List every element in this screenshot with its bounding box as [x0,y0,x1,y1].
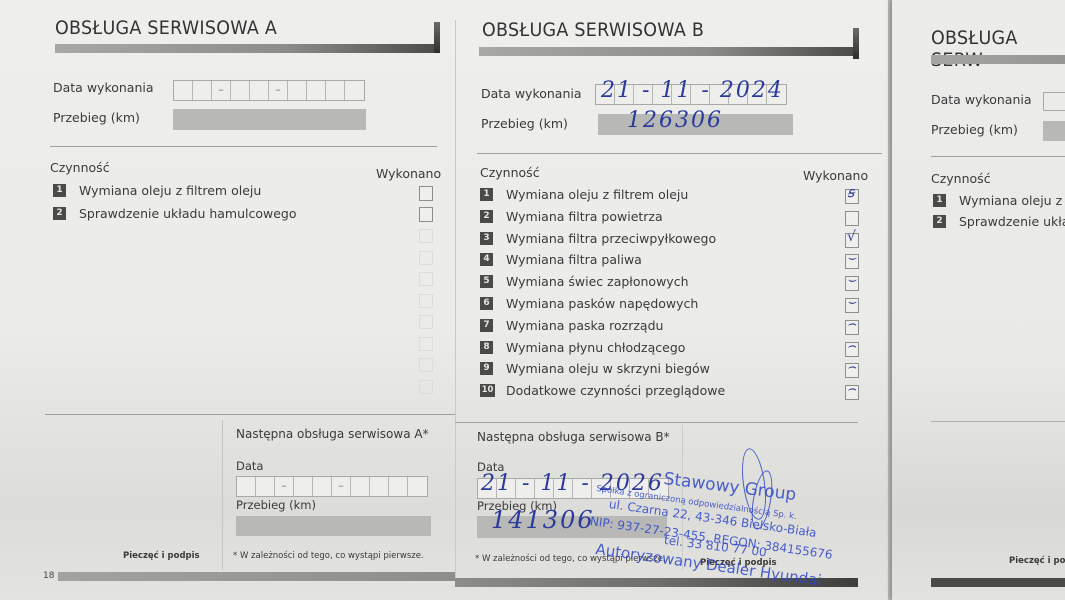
date-cell[interactable] [250,81,269,100]
task-label: Wymiana filtra powietrza [506,209,663,224]
ghost-checkbox [419,251,433,265]
task-row: 6Wymiana pasków napędowych [480,296,698,311]
task-label: Wymiana oleju z filtr [959,193,1065,208]
task-done-checkbox[interactable] [845,211,859,226]
ghost-checkbox [419,380,433,394]
next-date-label: Data [236,459,263,473]
tasks-header: Czynność [931,171,991,186]
task-number: 8 [480,341,493,354]
next-mileage-field[interactable] [236,516,431,536]
task-row: 4Wymiana filtra paliwa [480,252,642,267]
date-input-boxes[interactable]: –– [173,80,365,101]
section-b-title: OBSŁUGA SERWISOWA B [482,19,704,41]
next-mileage-label: Przebieg (km) [236,498,316,512]
done-header: Wykonano [803,168,868,183]
ghost-checkbox [419,229,433,243]
done-header: Wykonano [376,166,441,181]
task-number: 4 [480,253,493,266]
ghost-checkbox [419,272,433,286]
date-cell[interactable] [237,477,256,496]
divider [45,414,455,415]
service-section-a: OBSŁUGA SERWISOWA A Data wykonania –– Pr… [0,0,455,600]
stamp-signature-label: Pieczęć i podp [1009,556,1065,566]
task-label: Wymiana oleju z filtrem oleju [506,187,688,202]
task-number: 1 [933,194,946,207]
mileage-field[interactable] [173,109,366,130]
task-row: 8Wymiana płynu chłodzącego [480,340,685,355]
task-number: 2 [53,207,66,220]
subdivider [222,420,223,570]
date-input-boxes[interactable] [1043,92,1065,111]
mileage-field[interactable] [1043,121,1065,141]
date-cell[interactable]: – [212,81,231,100]
handwritten-date: 21 - 11 - 2024 [601,78,784,103]
task-number: 5 [480,275,493,288]
date-cell[interactable] [370,477,389,496]
handwritten-checkmark: ⌣ [847,251,856,265]
divider [455,422,858,423]
task-number: 9 [480,362,493,375]
date-cell[interactable] [256,477,275,496]
task-label: Wymiana płynu chłodzącego [506,340,685,355]
task-number: 1 [480,188,493,201]
service-section-b: OBSŁUGA SERWISOWA B Data wykonania 21 - … [455,0,888,600]
tasks-header: Czynność [480,165,540,180]
divider [931,421,1065,422]
next-service-title: Następna obsługa serwisowa A* [236,427,429,441]
section-b-title-hook [853,28,859,59]
ghost-checkbox [419,358,433,372]
task-label: Dodatkowe czynności przeglądowe [506,383,725,398]
handwritten-checkmark: ⌢ [847,382,856,396]
footnote: * W zależności od tego, co wystąpi pierw… [233,551,424,561]
date-label: Data wykonania [931,92,1032,107]
date-cell[interactable] [307,81,326,100]
task-row: 1 Wymiana oleju z filtr [933,193,1065,208]
task-number: 10 [480,384,495,397]
date-cell[interactable] [326,81,345,100]
date-cell[interactable] [389,477,408,496]
divider [477,153,882,154]
task-number: 7 [480,319,493,332]
date-cell[interactable]: – [332,477,351,496]
tasks-header: Czynność [50,160,110,175]
date-cell[interactable] [294,477,313,496]
task-label: Wymiana pasków napędowych [506,296,698,311]
date-label: Data wykonania [53,80,154,95]
section-b-title-bar [479,47,857,56]
task-row: 7Wymiana paska rozrządu [480,318,663,333]
task-row: 1Wymiana oleju z filtrem oleju [480,187,688,202]
bottom-bar [931,578,1065,587]
divider [931,156,1065,157]
task-label: Wymiana filtra przeciwpyłkowego [506,231,716,246]
date-cell[interactable] [313,477,332,496]
handwritten-checkmark: ⌢ [847,360,856,374]
task-number: 2 [480,210,493,223]
handwritten-checkmark: ⌣ [847,273,856,287]
date-cell[interactable] [345,81,364,100]
date-cell[interactable] [408,477,427,496]
task-row: 3Wymiana filtra przeciwpyłkowego [480,231,716,246]
date-cell[interactable] [288,81,307,100]
task-row: 5Wymiana świec zapłonowych [480,274,689,289]
date-cell[interactable] [193,81,212,100]
task-label: Wymiana paska rozrządu [506,318,663,333]
mileage-label: Przebieg (km) [931,122,1018,137]
handwritten-checkmark: ꞩ [847,186,854,200]
handwritten-checkmark: ⌢ [847,317,856,331]
ghost-checkbox [419,294,433,308]
section-a-title: OBSŁUGA SERWISOWA A [55,17,277,39]
task-row: 10Dodatkowe czynności przeglądowe [480,383,725,398]
task-row: 2 Sprawdzenie układu [933,214,1065,229]
task-number: 6 [480,297,493,310]
date-cell[interactable] [231,81,250,100]
task-number: 3 [480,232,493,245]
date-cell[interactable]: – [269,81,288,100]
handwritten-checkmark: ⌢ [847,339,856,353]
handwritten-mileage: 126306 [627,108,723,133]
task-done-checkbox[interactable] [419,207,433,222]
task-row: 9Wymiana oleju w skrzyni biegów [480,361,710,376]
stamp-signature-label: Pieczęć i podpis [123,551,200,561]
task-row: 2Wymiana filtra powietrza [480,209,663,224]
task-row: 1 Wymiana oleju z filtrem oleju [53,183,261,198]
page-number: 18 [43,571,54,581]
task-number: 1 [53,184,66,197]
next-date-input-boxes[interactable]: –– [236,476,428,497]
bottom-bar [58,572,455,581]
service-section-c-partial: OBSŁUGA SERW Data wykonania Przebieg (km… [892,0,1065,600]
handwritten-checkmark: ⌣ [847,295,856,309]
date-cell[interactable] [351,477,370,496]
task-label: Sprawdzenie układu [959,214,1065,229]
next-service-title: Następna obsługa serwisowa B* [477,430,670,444]
date-cell[interactable]: – [275,477,294,496]
task-label: Sprawdzenie układu hamulcowego [79,206,297,221]
ghost-checkbox [419,337,433,351]
mileage-label: Przebieg (km) [481,116,568,131]
handwritten-checkmark: √ [847,230,856,244]
task-label: Wymiana filtra paliwa [506,252,642,267]
section-a-title-hook [434,22,440,53]
divider [50,146,437,147]
ghost-checkbox [419,315,433,329]
task-done-checkbox[interactable] [419,186,433,201]
section-a-title-bar [55,44,440,53]
date-cell[interactable] [174,81,193,100]
task-label: Wymiana oleju z filtrem oleju [79,183,261,198]
task-label: Wymiana świec zapłonowych [506,274,689,289]
task-label: Wymiana oleju w skrzyni biegów [506,361,710,376]
task-row: 2 Sprawdzenie układu hamulcowego [53,206,297,221]
section-c-title-bar [931,55,1065,64]
task-number: 2 [933,215,946,228]
mileage-label: Przebieg (km) [53,110,140,125]
date-label: Data wykonania [481,86,582,101]
section-c-title: OBSŁUGA SERW [931,27,1054,71]
handwritten-next-mileage: 141306 [491,506,595,534]
